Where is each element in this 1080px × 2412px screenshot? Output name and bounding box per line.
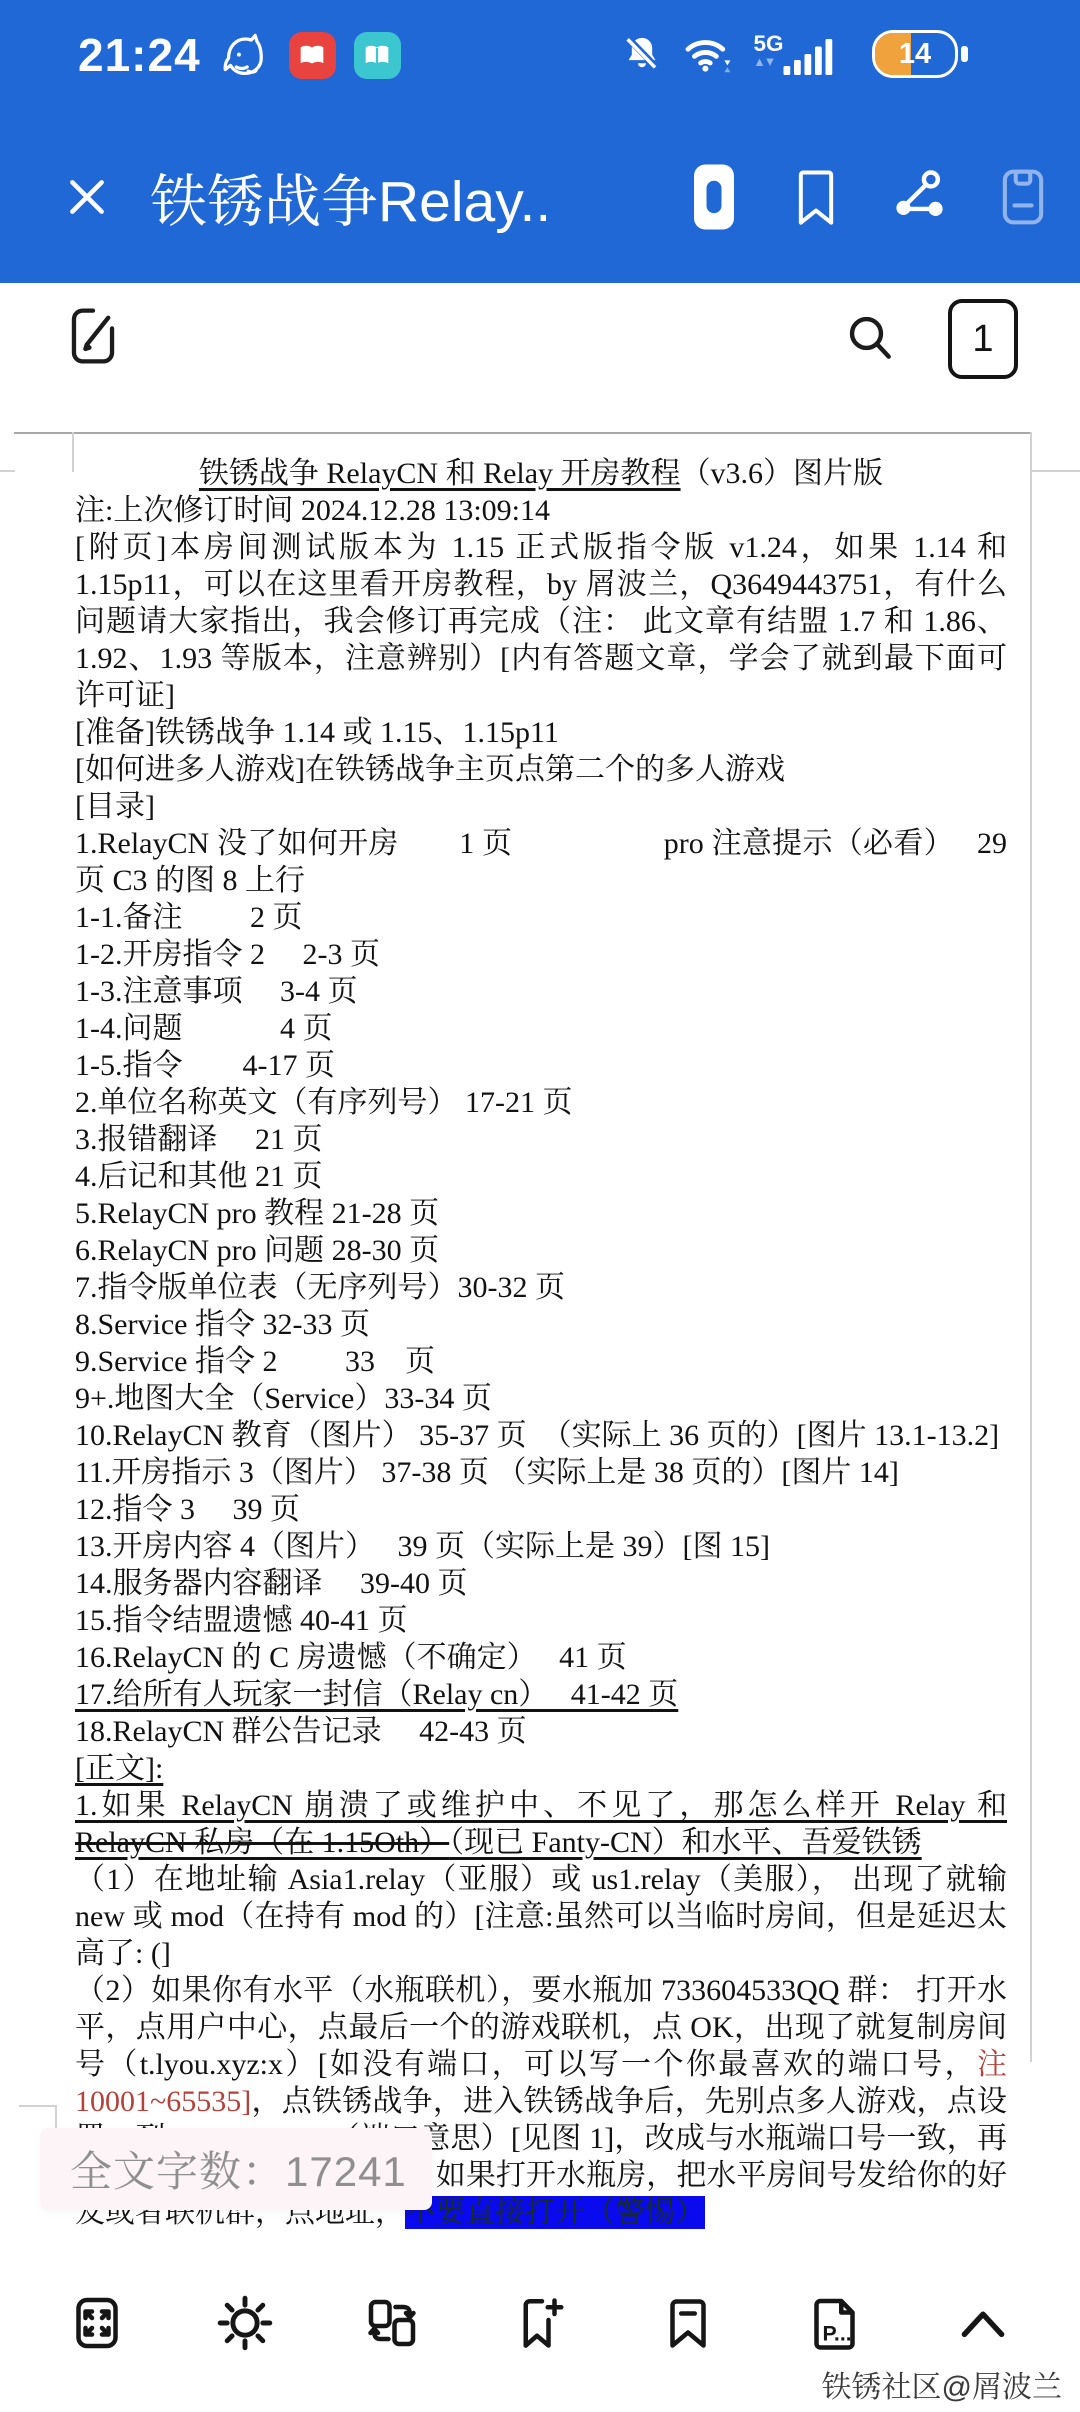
page-bottom-corner-mark-h [19, 2105, 57, 2107]
export-document-icon[interactable]: P... [804, 2292, 866, 2354]
doc-paragraph: 7.指令版单位表（无序列号）30-32 页 [75, 1269, 1007, 1306]
community-watermark: 铁锈社区@屑波兰 [822, 2362, 1062, 2406]
bookmark-icon[interactable] [788, 164, 844, 230]
close-icon[interactable] [58, 168, 116, 226]
doc-paragraph: 1-4.问题 4 页 [75, 1010, 1007, 1047]
doc-paragraph: （1）在地址输 Asia1.relay（亚服）或 us1.relay（美服）， … [75, 1861, 1007, 1972]
network-type-label: 5G [754, 31, 784, 56]
doc-paragraph: 12.指令 3 39 页 [75, 1491, 1007, 1528]
cellular-signal-icon: 5G [751, 30, 855, 78]
document-title: 铁锈战争Relay.. [150, 156, 684, 238]
doc-paragraph: 1-3.注意事项 3-4 页 [75, 973, 1007, 1010]
share-icon[interactable] [888, 166, 950, 228]
doc-paragraph: 4.后记和其他 21 页 [75, 1158, 1007, 1195]
battery-indicator: 14 [872, 30, 968, 78]
search-icon[interactable] [842, 309, 898, 365]
page-right-edge [1030, 432, 1032, 2062]
teal-book-app-icon [354, 32, 401, 79]
header-actions [684, 158, 1052, 236]
doc-paragraph: 9+.地图大全（Service）33-34 页 [75, 1380, 1007, 1417]
clock: 21:24 [78, 28, 201, 82]
doc-paragraph: 17.给所有人玩家一封信（Relay cn） 41-42 页 [75, 1676, 1007, 1713]
battery-nub [961, 46, 968, 62]
red-book-app-icon [289, 32, 336, 79]
page-left-edge-tick [0, 470, 15, 472]
notifications-muted-icon [619, 31, 665, 77]
doc-paragraph: [如何进多人游戏]在铁锈战争主页点第二个的多人游戏 [75, 751, 1007, 788]
doc-paragraph: 11.开房指示 3（图片） 37-38 页 （实际上是 38 页的）[图片 14… [75, 1454, 1007, 1491]
wifi-icon [682, 30, 734, 78]
collapse-icon[interactable] [952, 2292, 1014, 2354]
fullscreen-icon[interactable] [66, 2292, 128, 2354]
doc-paragraph: 铁锈战争 RelayCN 和 Relay 开房教程（v3.6）图片版 [75, 455, 1007, 492]
status-bar-right: 5G 14 [619, 24, 968, 84]
doc-paragraph: 14.服务器内容翻译 39-40 页 [75, 1565, 1007, 1602]
page-left-corner-mark [72, 432, 74, 472]
word-count-pill: 全文字数：17241 [40, 2128, 432, 2210]
doc-paragraph: 16.RelayCN 的 C 房遗憾（不确定） 41 页 [75, 1639, 1007, 1676]
add-bookmark-icon[interactable] [509, 2292, 571, 2354]
page-right-corner-mark [1030, 470, 1080, 472]
doc-paragraph: [附页]本房间测试版本为 1.15 正式版指令版 v1.24，如果 1.14 和… [75, 529, 1007, 714]
page-top-edge [14, 432, 1030, 434]
bottom-toolbar-icons: P... [0, 2292, 1080, 2354]
doc-paragraph: 10.RelayCN 教育（图片） 35-37 页 （实际上 36 页的）[图片… [75, 1417, 1007, 1454]
document-text: 铁锈战争 RelayCN 和 Relay 开房教程（v3.6）图片版注:上次修订… [75, 455, 1007, 2231]
remove-bookmark-icon[interactable] [657, 2292, 719, 2354]
battery-percent: 14 [899, 38, 931, 71]
screen: 21:24 [0, 0, 1080, 2412]
doc-paragraph: 6.RelayCN pro 问题 28-30 页 [75, 1232, 1007, 1269]
doc-paragraph: 5.RelayCN pro 教程 21-28 页 [75, 1195, 1007, 1232]
doc-paragraph: 18.RelayCN 群公告记录 42-43 页 [75, 1713, 1007, 1750]
doc-paragraph: [正文]: [75, 1750, 1007, 1787]
brightness-icon[interactable] [214, 2292, 276, 2354]
status-bar: 21:24 [0, 0, 1080, 110]
doc-paragraph: [准备]铁锈战争 1.14 或 1.15、1.15p11 [75, 714, 1007, 751]
edit-icon[interactable] [62, 303, 124, 369]
app-header: 铁锈战争Relay.. [0, 110, 1080, 283]
doc-paragraph: 15.指令结盟遗憾 40-41 页 [75, 1602, 1007, 1639]
doc-paragraph: 8.Service 指令 32-33 页 [75, 1306, 1007, 1343]
save-icon[interactable] [994, 162, 1052, 232]
bottom-toolbar: P... 铁锈社区@屑波兰 [0, 2240, 1080, 2412]
doc-paragraph: 3.报错翻译 21 页 [75, 1121, 1007, 1158]
page-indicator[interactable]: 1 [948, 299, 1018, 379]
doc-paragraph: 1-2.开房指令 2 2-3 页 [75, 936, 1007, 973]
svg-text:P...: P... [823, 2322, 852, 2346]
whale-app-icon [219, 29, 271, 81]
word-count-label: 全文字数：17241 [70, 2139, 407, 2199]
status-bar-left: 21:24 [78, 22, 401, 88]
doc-paragraph: 1.如果 RelayCN 崩溃了或维护中、不见了，那怎么样开 Relay 和 R… [75, 1787, 1007, 1861]
document-page[interactable]: 铁锈战争 RelayCN 和 Relay 开房教程（v3.6）图片版注:上次修订… [0, 389, 1080, 2240]
doc-paragraph: 2.单位名称英文（有序列号） 17-21 页 [75, 1084, 1007, 1121]
doc-paragraph: 1-1.备注 2 页 [75, 899, 1007, 936]
reader-toolbar: 1 [0, 283, 1080, 391]
mobile-view-icon[interactable] [684, 158, 744, 236]
doc-paragraph: 9.Service 指令 2 33 页 [75, 1343, 1007, 1380]
doc-paragraph: 注:上次修订时间 2024.12.28 13:09:14 [75, 492, 1007, 529]
view-mode-icon[interactable] [361, 2292, 423, 2354]
page-number: 1 [972, 318, 993, 361]
doc-paragraph: 13.开房内容 4（图片） 39 页（实际上是 39）[图 15] [75, 1528, 1007, 1565]
doc-paragraph: [目录] [75, 788, 1007, 825]
battery-pill: 14 [872, 30, 958, 78]
doc-paragraph: 1-5.指令 4-17 页 [75, 1047, 1007, 1084]
doc-paragraph: 1.RelayCN 没了如何开房 1 页 pro 注意提示（必看） 29 页 C… [75, 825, 1007, 899]
